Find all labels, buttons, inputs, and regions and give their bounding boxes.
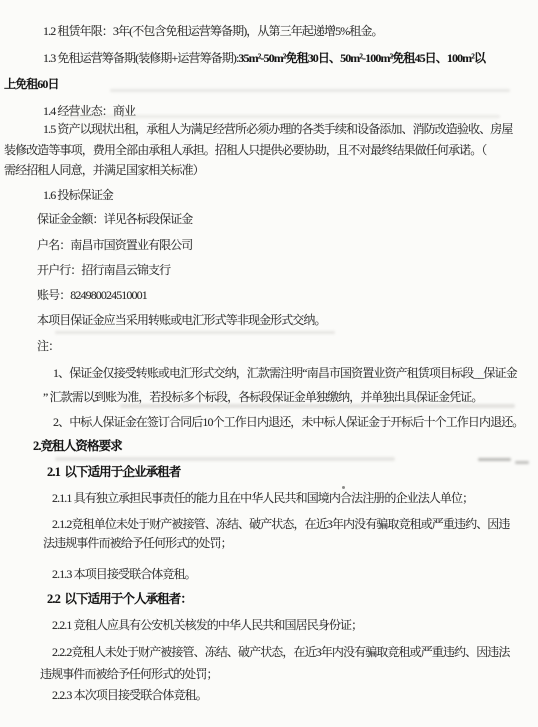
scan-smudge [70, 115, 500, 118]
clause-2-2-2-line2: 违规事件而被给予任何形式的处罚； [40, 667, 218, 681]
clause-1-3-line2: 上免租60日 [4, 77, 59, 91]
scan-smudge [515, 461, 529, 464]
scan-smudge [55, 331, 335, 334]
document-page: 1.2 租赁年限：3年(不包含免租运营筹备期)，从第三年起递增5%租金。 1.3… [0, 0, 538, 727]
notes-label: 注： [37, 339, 59, 353]
deposit-bank: 开户行：招行南昌云锦支行 [37, 263, 170, 277]
note-1-line1: 1、保证金仅接受转账或电汇形式交纳，汇款需注明“南昌市国资置业资产租赁项目标段_… [53, 366, 517, 380]
clause-1-3-terms: 35m²-50m²免租30日、50m²-100m²免租45日、100m²以 [238, 51, 485, 65]
clause-1-5-line1: 1.5 资产以现状出租，承租人为满足经营所必须办理的各类手续和设备添加、消防改造… [43, 122, 513, 136]
clause-2-2-1: 2.2.1 竞租人应具有公安机关核发的中华人民共和国居民身份证； [52, 618, 362, 632]
deposit-payment-form: 本项目保证金应当采用转账或电汇形式等非现金形式交纳。 [37, 313, 326, 327]
clause-2-1-2-line1: 2.1.2竞租单位未处于财产被接管、冻结、破产状态，在近3年内没有骗取竞租或严重… [52, 517, 510, 531]
note-2: 2、中标人保证金在签订合同后10个工作日内退还，未中标人保证金于开标后十个工作日… [53, 415, 523, 429]
clause-2-1-1: 2.1.1 具有独立承担民事责任的能力且在中华人民共和国境内合法注册的企业法人单… [52, 491, 473, 505]
clause-1-6: 1.6 投标保证金 [43, 188, 113, 202]
clause-2-2-3: 2.2.3 本次项目接受联合体竞租。 [52, 688, 207, 702]
scan-smudge [478, 458, 511, 461]
section-2-heading: 2.竞租人资格要求 [33, 439, 122, 453]
clause-2-1-2-line2: 法违规事件而被给予任何形式的处罚； [43, 536, 232, 550]
clause-1-5-line2: 装修改造等事项，费用全部由承租人承担。招租人只提供必要协助，且不对最终结果做任何… [4, 143, 486, 157]
scan-smudge [120, 404, 515, 408]
clause-1-5-line3: 需经招租人同意，并满足国家相关标准） [4, 163, 204, 177]
clause-1-3-label: 1.3 免租运营筹备期(装修期+运营筹备期): [43, 51, 238, 65]
clause-1-2: 1.2 租赁年限：3年(不包含免租运营筹备期)，从第三年起递增5%租金。 [43, 24, 383, 38]
clause-2-1-3: 2.1.3 本项目接受联合体竞租。 [52, 567, 196, 581]
clause-2-2-2-line1: 2.2.2竞租人未处于财产被接管、冻结、破产状态，在近3年内没有骗取竞租或严重违… [52, 645, 510, 659]
deposit-account-name: 户名：南昌市国资置业有限公司 [37, 238, 192, 252]
scan-speck [342, 486, 345, 489]
deposit-account-no: 账号：824980024510001 [37, 288, 147, 302]
scan-smudge [110, 89, 510, 92]
clause-1-3-line1: 1.3 免租运营筹备期(装修期+运营筹备期):35m²-50m²免租30日、50… [43, 51, 485, 65]
deposit-amount: 保证金金额：详见各标段保证金 [37, 212, 192, 226]
scan-smudge [55, 457, 395, 461]
section-2-2-heading: 2.2 以下适用于个人承租者： [47, 592, 192, 606]
section-2-1-heading: 2.1 以下适用于企业承租者 [47, 465, 180, 479]
note-1-line2: ” 汇款需以到账为准，若投标多个标段，各标段保证金单独缴纳，并单独出具保证金凭证… [43, 390, 482, 404]
